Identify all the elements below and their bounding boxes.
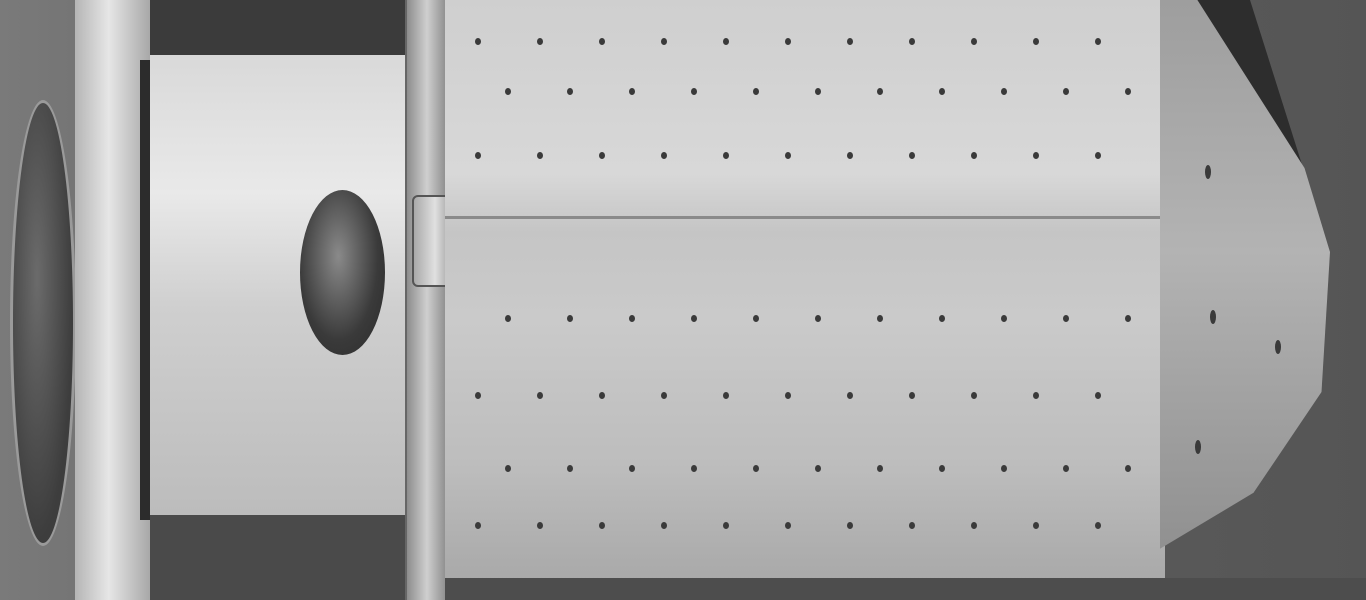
hole (971, 38, 977, 45)
collar-ring (405, 0, 449, 600)
hole (537, 522, 543, 529)
hole (537, 392, 543, 399)
hole (877, 465, 883, 472)
hole (847, 392, 853, 399)
hole (971, 392, 977, 399)
hole (567, 465, 573, 472)
hole (909, 38, 915, 45)
hole (691, 315, 697, 322)
hole (877, 88, 883, 95)
hole (909, 152, 915, 159)
hole (599, 522, 605, 529)
hole (971, 152, 977, 159)
hole (1063, 315, 1069, 322)
hole (629, 315, 635, 322)
hole (847, 38, 853, 45)
hole (1095, 38, 1101, 45)
hole (567, 88, 573, 95)
conical-end (1160, 0, 1330, 560)
hole (475, 392, 481, 399)
hole (847, 152, 853, 159)
hole (785, 522, 791, 529)
hole (1275, 340, 1281, 354)
hole (815, 88, 821, 95)
hole (785, 152, 791, 159)
hole (877, 315, 883, 322)
neck-bottom-shadow (150, 515, 410, 600)
hole (1210, 310, 1216, 324)
perforated-cylinder (445, 0, 1165, 580)
hole (815, 315, 821, 322)
hole (785, 392, 791, 399)
hole (629, 88, 635, 95)
hole (847, 522, 853, 529)
hole (505, 315, 511, 322)
hole (661, 38, 667, 45)
hole (661, 392, 667, 399)
hole (723, 392, 729, 399)
base-shadow (445, 578, 1366, 600)
hole (599, 152, 605, 159)
seam (445, 216, 1165, 219)
flange (75, 0, 150, 600)
hole (1095, 152, 1101, 159)
hole (939, 465, 945, 472)
hole (1095, 522, 1101, 529)
hole (939, 315, 945, 322)
hole (599, 38, 605, 45)
hole (537, 152, 543, 159)
hole (753, 465, 759, 472)
hole (475, 38, 481, 45)
hole (475, 152, 481, 159)
hole (723, 38, 729, 45)
photo-scene (0, 0, 1366, 600)
hole (971, 522, 977, 529)
hole (505, 465, 511, 472)
hole (753, 315, 759, 322)
hole (1205, 165, 1211, 179)
hole (1095, 392, 1101, 399)
hole (505, 88, 511, 95)
mounted-device (300, 190, 385, 355)
hole (661, 152, 667, 159)
end-disc (10, 100, 76, 546)
hole (537, 38, 543, 45)
hole (1001, 88, 1007, 95)
hole (723, 152, 729, 159)
hole (629, 465, 635, 472)
neck-top-shadow (150, 0, 410, 55)
hole (475, 522, 481, 529)
hole (785, 38, 791, 45)
hole (1033, 392, 1039, 399)
hole (1063, 88, 1069, 95)
hole (1125, 315, 1131, 322)
hole (1001, 465, 1007, 472)
hole (753, 88, 759, 95)
hole (691, 465, 697, 472)
hole (1125, 465, 1131, 472)
hole (909, 392, 915, 399)
hole (1033, 152, 1039, 159)
hole (567, 315, 573, 322)
hole (723, 522, 729, 529)
hole (599, 392, 605, 399)
hole (1033, 522, 1039, 529)
hole (815, 465, 821, 472)
hole (1125, 88, 1131, 95)
hole (1195, 440, 1201, 454)
hole (939, 88, 945, 95)
hole (1063, 465, 1069, 472)
hole (1001, 315, 1007, 322)
hole (661, 522, 667, 529)
hole (691, 88, 697, 95)
hole (909, 522, 915, 529)
hole (1033, 38, 1039, 45)
